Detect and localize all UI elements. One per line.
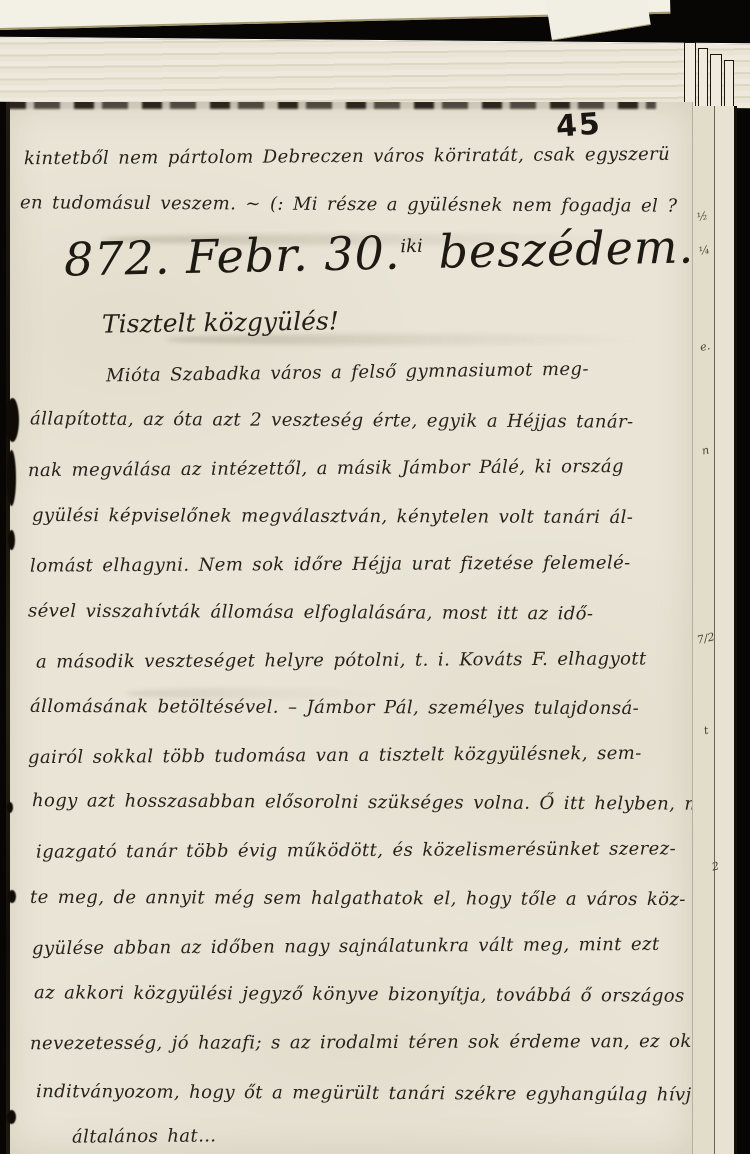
stacked-page-corner xyxy=(724,60,734,112)
manuscript-line: gyülése abban az időben nagy sajnálatunk… xyxy=(32,934,660,959)
ink-blot xyxy=(8,530,15,550)
manuscript-line: lomást elhagyni. Nem sok időre Héjja ura… xyxy=(30,552,631,576)
page-number: 45 xyxy=(555,106,603,144)
speech-title: 872. Febr. 30.iki beszédem. xyxy=(64,219,693,286)
title-superscript: iki xyxy=(400,236,423,257)
manuscript-line-partial: általános hat… xyxy=(72,1125,217,1147)
stacked-page-corner xyxy=(698,48,708,110)
manuscript-line: en tudomásul veszem. ~ (: Mi része a gyü… xyxy=(20,192,678,216)
manuscript-page: 45 kintetből nem pártolom Debreczen váro… xyxy=(6,102,693,1154)
manuscript-line: a második veszteséget helyre pótolni, t.… xyxy=(36,648,647,672)
scanned-manuscript-photo: { "manuscript": { "page_number": "45", "… xyxy=(0,0,750,1154)
ink-blot xyxy=(7,450,16,506)
ink-blot xyxy=(6,398,19,442)
right-page-edge-strip xyxy=(714,106,737,1154)
manuscript-line: hogy azt hosszasabban elősorolni szükség… xyxy=(32,790,693,815)
manuscript-line: állomásának betöltésével. – Jámbor Pál, … xyxy=(30,696,639,719)
manuscript-line: inditványozom, hogy őt a megürült tanári… xyxy=(36,1081,693,1106)
ink-blot xyxy=(8,890,16,903)
manuscript-line: te meg, de annyit még sem halgathatok el… xyxy=(30,887,686,910)
page-stack-top-edge xyxy=(0,37,750,109)
manuscript-line: Mióta Szabadka város a felső gymnasiumot… xyxy=(106,359,589,387)
manuscript-line: igazgató tanár több évig működött, és kö… xyxy=(36,838,676,862)
manuscript-line: állapította, az óta azt 2 veszteség érte… xyxy=(30,408,634,432)
ink-blot xyxy=(7,1110,16,1124)
manuscript-line: nevezetesség, jó hazafi; s az irodalmi t… xyxy=(30,1031,693,1054)
manuscript-line: nak megválása az intézettől, a másik Jám… xyxy=(28,456,624,481)
manuscript-line: gyülési képviselőnek megválasztván, kény… xyxy=(32,505,633,528)
ink-blot xyxy=(7,802,13,813)
page-above-corner xyxy=(545,0,650,41)
stacked-page-corner xyxy=(710,54,722,112)
manuscript-line: az akkori közgyülési jegyző könyve bizon… xyxy=(34,982,685,1006)
stacked-page-corner xyxy=(684,42,696,110)
salutation-line: Tisztelt közgyülés! xyxy=(102,306,339,338)
manuscript-line: sével visszahívták állomása elfoglalásár… xyxy=(28,601,594,625)
manuscript-line: gairól sokkal több tudomása van a tiszte… xyxy=(28,743,642,768)
manuscript-line: kintetből nem pártolom Debreczen város k… xyxy=(24,144,670,170)
binding-edge xyxy=(6,102,10,1154)
